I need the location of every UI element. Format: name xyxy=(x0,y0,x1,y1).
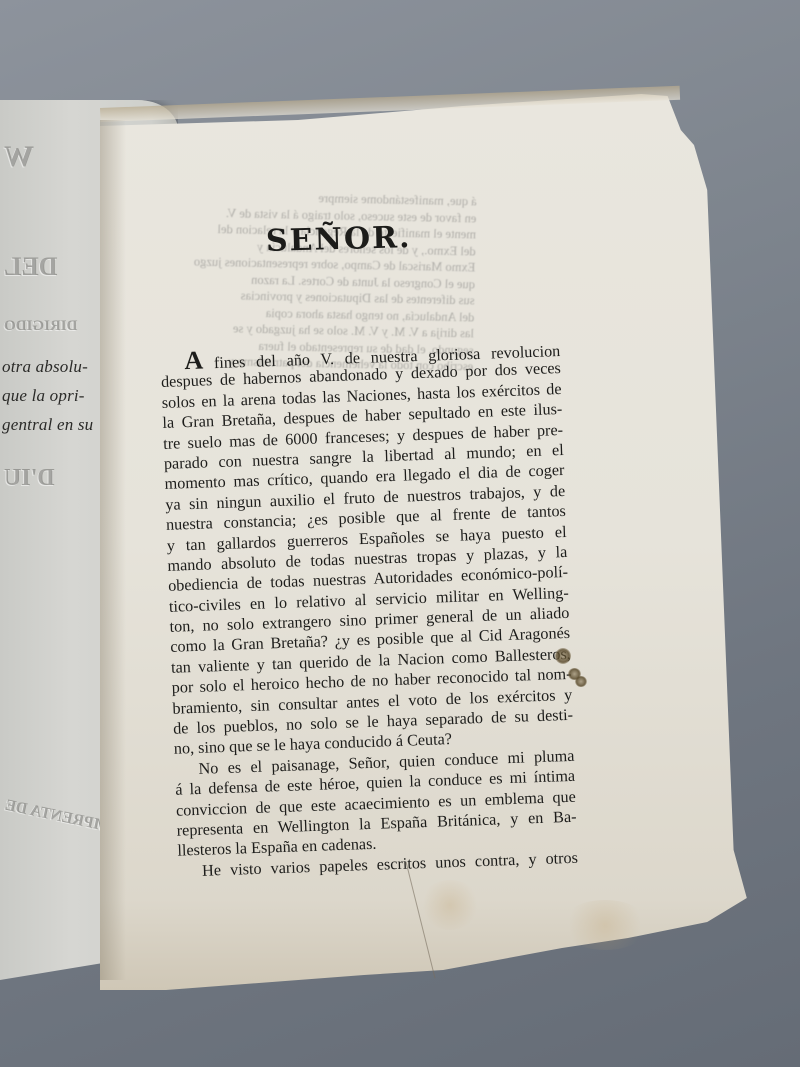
ghost-mark: DIRIGIDO xyxy=(4,318,77,335)
left-text-line: que la opri- xyxy=(2,386,85,406)
left-text-line: gentral en su xyxy=(2,415,93,435)
ghost-mark: W xyxy=(4,140,34,174)
ghost-mark: D'IU xyxy=(4,465,55,492)
body-text: A fines del año V. de nuestra gloriosa r… xyxy=(160,338,578,882)
foxing-stain xyxy=(420,880,480,930)
photo-scene: W DEL DIRIGIDO otra absolu- que la opri-… xyxy=(0,0,800,1067)
gutter-shadow xyxy=(100,120,126,980)
ink-stain xyxy=(575,676,587,687)
foxing-stain xyxy=(560,900,650,950)
page-heading: SEÑOR. xyxy=(266,220,412,259)
ghost-mark: DEL xyxy=(4,252,57,282)
ink-stain xyxy=(555,648,571,664)
left-text-line: otra absolu- xyxy=(2,357,88,377)
